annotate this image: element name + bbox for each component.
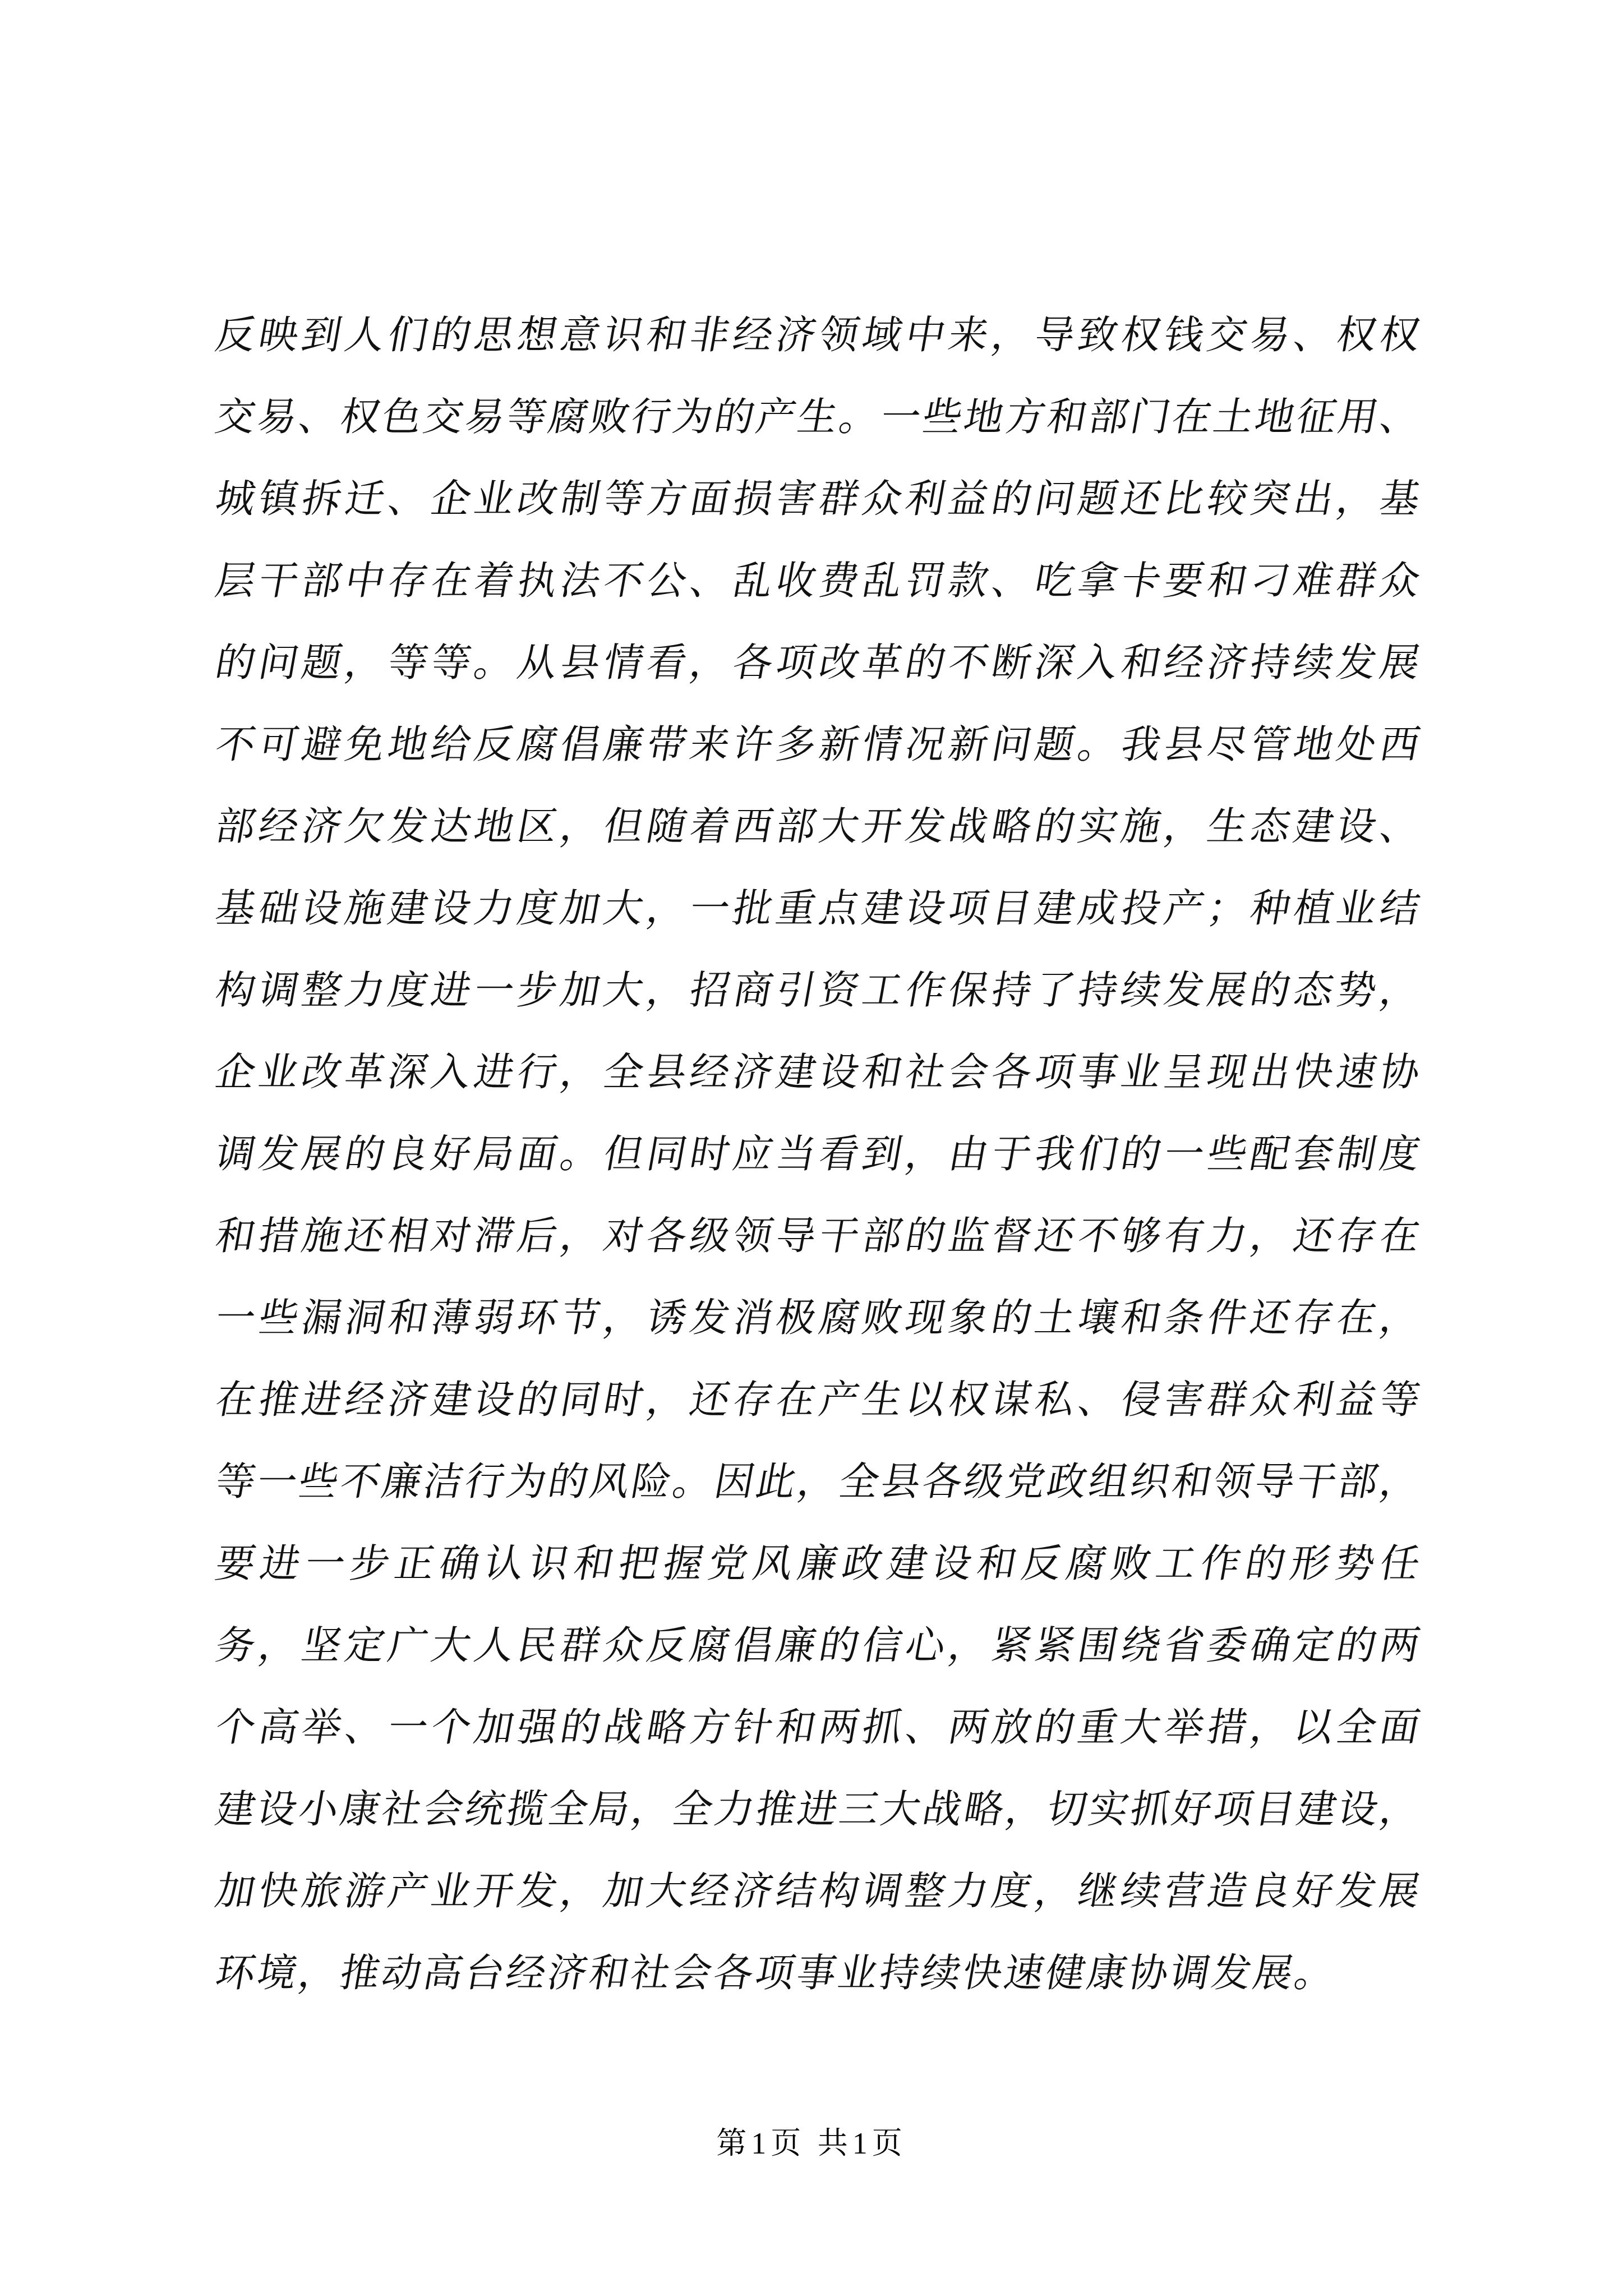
text-line: 企业改革深入进行，全县经济建设和社会各项事业呈现出快速协 bbox=[209, 1032, 1429, 1114]
text-line: 一些漏洞和薄弱环节，诱发消极腐败现象的土壤和条件还存在， bbox=[209, 1278, 1429, 1360]
text-line: 交易、权色交易等腐败行为的产生。一些地方和部门在土地征用、 bbox=[209, 377, 1429, 459]
text-line: 不可避免地给反腐倡廉带来许多新情况新问题。我县尽管地处西 bbox=[209, 705, 1429, 786]
document-body: 反映到人们的思想意识和非经济领域中来，导致权钱交易、权权交易、权色交易等腐败行为… bbox=[209, 295, 1414, 2015]
text-line: 部经济欠发达地区，但随着西部大开发战略的实施，生态建设、 bbox=[209, 786, 1429, 868]
text-line: 反映到人们的思想意识和非经济领域中来，导致权钱交易、权权 bbox=[209, 295, 1429, 377]
text-line: 环境，推动高台经济和社会各项事业持续快速健康协调发展。 bbox=[209, 1933, 1429, 2015]
text-line: 的问题，等等。从县情看，各项改革的不断深入和经济持续发展 bbox=[209, 623, 1429, 705]
page-number-footer: 第1页 共1页 bbox=[0, 2119, 1623, 2162]
text-line: 层干部中存在着执法不公、乱收费乱罚款、吃拿卡要和刁难群众 bbox=[209, 541, 1429, 623]
text-line: 在推进经济建设的同时，还存在产生以权谋私、侵害群众利益等 bbox=[209, 1360, 1429, 1442]
document-page: 反映到人们的思想意识和非经济领域中来，导致权钱交易、权权交易、权色交易等腐败行为… bbox=[0, 0, 1623, 2296]
text-line: 建设小康社会统揽全局，全力推进三大战略，切实抓好项目建设， bbox=[209, 1769, 1429, 1851]
text-line: 构调整力度进一步加大，招商引资工作保持了持续发展的态势， bbox=[209, 950, 1429, 1032]
text-line: 要进一步正确认识和把握党风廉政建设和反腐败工作的形势任 bbox=[209, 1524, 1429, 1605]
text-line: 城镇拆迁、企业改制等方面损害群众利益的问题还比较突出，基 bbox=[209, 459, 1429, 541]
text-line: 基础设施建设力度加大，一批重点建设项目建成投产；种植业结 bbox=[209, 868, 1429, 950]
text-line: 加快旅游产业开发，加大经济结构调整力度，继续营造良好发展 bbox=[209, 1851, 1429, 1933]
text-line: 等一些不廉洁行为的风险。因此，全县各级党政组织和领导干部， bbox=[209, 1442, 1429, 1524]
text-line: 和措施还相对滞后，对各级领导干部的监督还不够有力，还存在 bbox=[209, 1196, 1429, 1278]
text-line: 个高举、一个加强的战略方针和两抓、两放的重大举措，以全面 bbox=[209, 1687, 1429, 1769]
text-line: 务，坚定广大人民群众反腐倡廉的信心，紧紧围绕省委确定的两 bbox=[209, 1605, 1429, 1687]
text-line: 调发展的良好局面。但同时应当看到，由于我们的一些配套制度 bbox=[209, 1114, 1429, 1196]
